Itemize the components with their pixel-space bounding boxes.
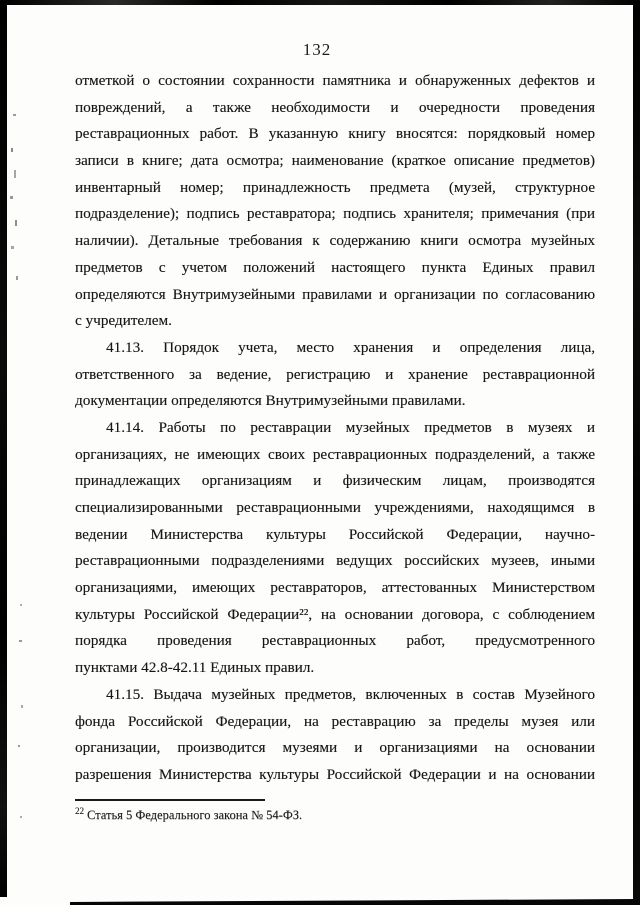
- text-line: записи в книге; дата осмотра; наименован…: [75, 148, 595, 175]
- text-line: ведении Министерства культуры Российской…: [75, 522, 595, 549]
- scan-speckle: [11, 148, 13, 152]
- text-line: 41.15. Выдача музейных предметов, включе…: [75, 682, 595, 709]
- text-line: определяются Внутримузейными правилами и…: [75, 282, 595, 309]
- text-line: ответственного за ведение, регистрацию и…: [75, 362, 595, 389]
- page-number: 132: [0, 40, 634, 60]
- scan-border-bottom: [70, 899, 640, 905]
- scan-border-left: [0, 0, 7, 897]
- text-line: фонда Российской Федерации, на реставрац…: [75, 709, 595, 736]
- text-line: реставрационными подразделениями ведущих…: [75, 548, 595, 575]
- footnote-text: Статья 5 Федерального закона № 54-ФЗ.: [87, 808, 302, 822]
- text-line: культуры Российской Федерации²², на осно…: [75, 602, 595, 629]
- text-line: документации определяются Внутримузейным…: [75, 388, 595, 415]
- footnote: 22Статья 5 Федерального закона № 54-ФЗ.: [75, 806, 495, 823]
- footnote-separator: [75, 799, 265, 801]
- scan-speckle: [21, 705, 23, 708]
- text-line: организациях, не имеющих своих реставрац…: [75, 442, 595, 469]
- text-line: порядка проведения реставрационных работ…: [75, 628, 595, 655]
- scan-speckle: [16, 276, 18, 280]
- text-line: реставрационных работ. В указанную книгу…: [75, 121, 595, 148]
- text-line: разрешения Министерства культуры Российс…: [75, 762, 595, 789]
- text-line: пунктами 42.8-42.11 Единых правил.: [75, 655, 595, 682]
- scan-speckle: [10, 196, 13, 199]
- text-line: подразделение); подпись реставратора; по…: [75, 201, 595, 228]
- scan-speckle: [11, 246, 14, 249]
- text-line: принадлежащих организациям и физическим …: [75, 468, 595, 495]
- text-line: организации, производится музеями и орга…: [75, 735, 595, 762]
- text-line: отметкой о состоянии сохранности памятни…: [75, 68, 595, 95]
- document-body: отметкой о состоянии сохранности памятни…: [75, 68, 595, 789]
- text-line: с учредителем.: [75, 308, 595, 335]
- text-line: 41.13. Порядок учета, место хранения и о…: [75, 335, 595, 362]
- text-line: организациями, имеющих реставраторов, ат…: [75, 575, 595, 602]
- text-line: 41.14. Работы по реставрации музейных пр…: [75, 415, 595, 442]
- scan-speckle: [13, 114, 16, 116]
- scan-speckle: [20, 604, 22, 606]
- text-line: специализированными реставрационными учр…: [75, 495, 595, 522]
- scan-speckle: [14, 170, 16, 178]
- text-line: предметов с учетом положений настоящего …: [75, 255, 595, 282]
- scan-speckle: [19, 640, 22, 642]
- scan-border-right: [633, 0, 640, 905]
- text-line: наличии). Детальные требования к содержа…: [75, 228, 595, 255]
- scan-speckle: [20, 816, 22, 818]
- scan-border-top: [0, 0, 640, 5]
- text-line: повреждений, а также необходимости и оче…: [75, 95, 595, 122]
- scan-speckle: [18, 745, 20, 747]
- footnote-marker: 22: [75, 806, 84, 816]
- scan-speckle: [15, 220, 17, 226]
- scanned-document-page: 132 отметкой о состоянии сохранности пам…: [0, 0, 640, 905]
- text-line: инвентарный номер; принадлежность предме…: [75, 175, 595, 202]
